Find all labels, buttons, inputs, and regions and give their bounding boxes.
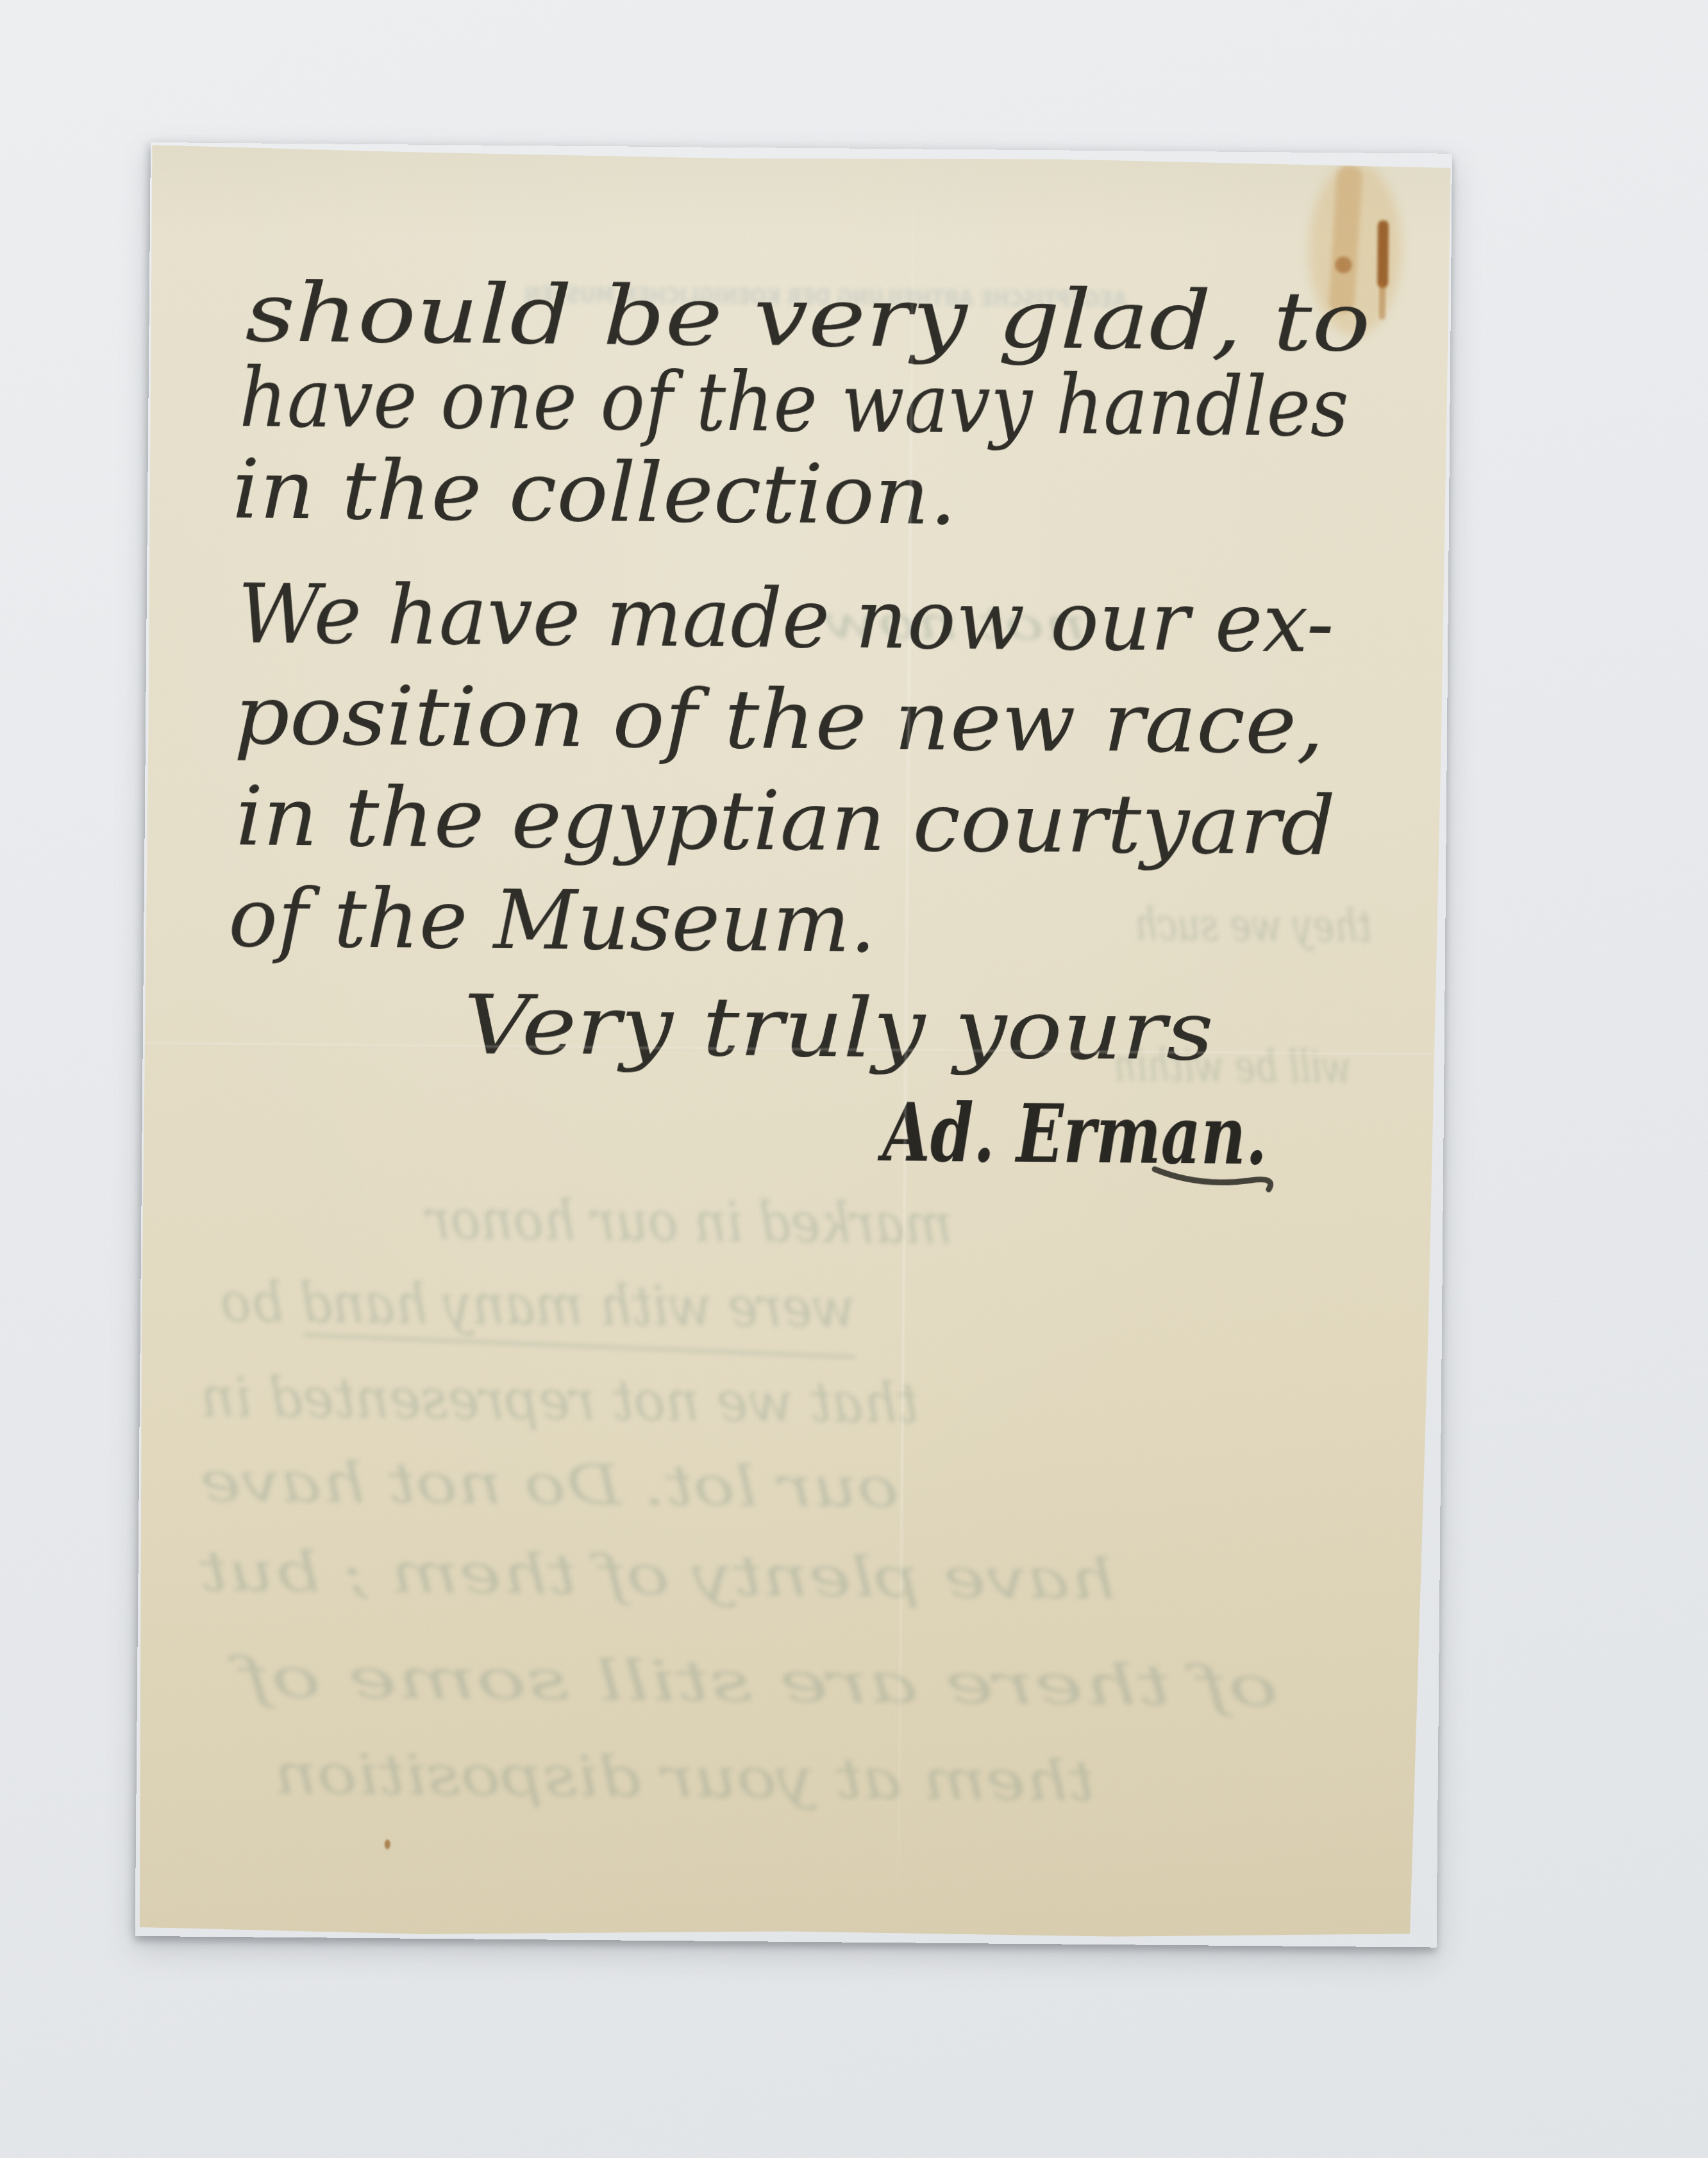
bleed-letterhead: AEGYPTISCHE ABTHEILUNG DER KOENIGLICHEN …	[524, 282, 1127, 313]
scan-background: AEGYPTISCHE ABTHEILUNG DER KOENIGLICHEN …	[0, 0, 1708, 2158]
signature-flourish	[1155, 1169, 1271, 1190]
handwriting-line-2: have one of the wavy handles	[239, 350, 1349, 455]
rust-stain-smear	[1328, 165, 1363, 314]
handwriting-line-6: in the egyptian courtyard	[235, 769, 1335, 874]
handwriting-line-5: position of the new race,	[234, 667, 1325, 773]
rust-stain-halo	[1308, 162, 1402, 336]
bleed-line: have plenty of them ; but	[199, 1540, 1116, 1612]
rust-stain-streak-tail	[1379, 281, 1386, 320]
bleed-line: that we not represented in	[200, 1366, 919, 1436]
bleed-line: our lot. Do not have	[199, 1450, 899, 1521]
handwriting-line-1: should be very glad, to	[245, 265, 1371, 370]
fold-crease-vertical	[897, 149, 915, 1943]
rust-stain-streak-dark	[1377, 221, 1389, 288]
bleed-fragment: not now	[823, 596, 1086, 651]
paper-speck	[385, 1839, 390, 1849]
bleed-line: them at your disposition	[274, 1743, 1095, 1814]
bleed-underline	[304, 1335, 855, 1357]
paper-shadow-wrap: AEGYPTISCHE ABTHEILUNG DER KOENIGLICHEN …	[135, 142, 1452, 1948]
bleed-line: marked in our honor	[423, 1188, 952, 1257]
letter-paper: AEGYPTISCHE ABTHEILUNG DER KOENIGLICHEN …	[135, 142, 1452, 1948]
handwriting-line-3: in the collection.	[232, 442, 957, 544]
bleed-line: were with many hand bo	[221, 1271, 856, 1341]
handwriting-line-4: We have made now our ex-	[237, 566, 1334, 671]
closing-line: Very truly yours	[463, 977, 1214, 1079]
fold-crease-horizontal	[143, 1042, 1444, 1057]
bleed-line: of there are still some of	[227, 1646, 1279, 1719]
signature-line: Ad. Erman.	[877, 1085, 1268, 1183]
bleed-fragment: they we such	[1134, 898, 1372, 952]
rust-stain	[1308, 162, 1402, 336]
bleed-fragment: will be within	[1114, 1039, 1352, 1093]
handwriting-line-7: of the Museum.	[228, 870, 876, 971]
rust-stain-blob	[1335, 256, 1352, 273]
